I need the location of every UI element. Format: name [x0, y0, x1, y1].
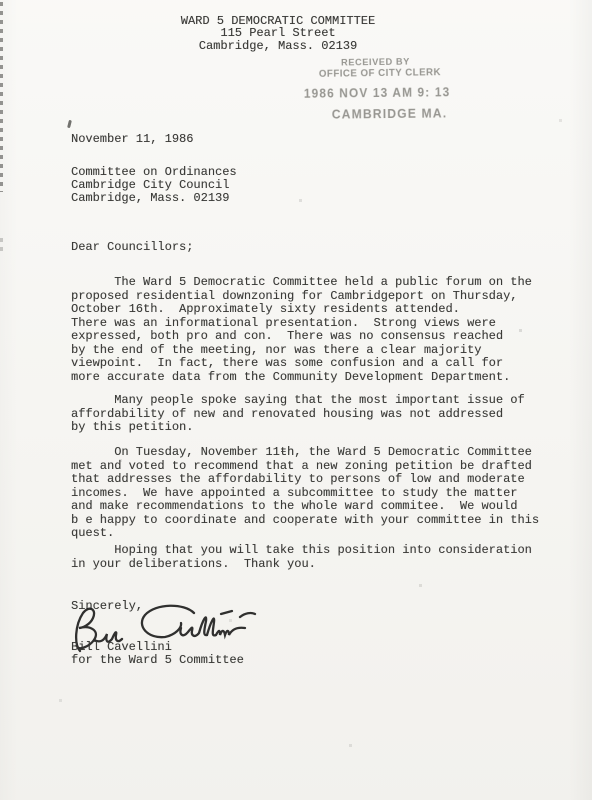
body-paragraph-3: On Tuesday, November 11ŧh, the Ward 5 De…: [71, 446, 539, 541]
letterhead: WARD 5 DEMOCRATIC COMMITTEE 115 Pearl St…: [148, 15, 408, 52]
received-stamp-line1: RECEIVED BY: [341, 57, 410, 69]
signer-title: for the Ward 5 Committee: [71, 654, 244, 667]
letterhead-city: Cambridge, Mass. 02139: [148, 40, 408, 52]
scanned-letter-page: WARD 5 DEMOCRATIC COMMITTEE 115 Pearl St…: [0, 0, 592, 800]
letterhead-street: 115 Pearl Street: [148, 27, 408, 39]
body-paragraph-2: Many people spoke saying that the most i…: [71, 394, 525, 435]
received-stamp-place: CAMBRIDGE MA.: [332, 106, 448, 121]
received-stamp-line2: OFFICE OF CITY CLERK: [319, 67, 441, 80]
date-line: November 11, 1986: [71, 133, 193, 146]
stray-ink-mark: [67, 120, 72, 128]
scan-artifact-strip: [0, 2, 3, 192]
body-paragraph-4: Hoping that you will take this position …: [71, 544, 532, 571]
body-paragraph-1: The Ward 5 Democratic Committee held a p…: [71, 276, 532, 384]
salutation: Dear Councillors;: [71, 241, 193, 254]
paper-speckles: [0, 0, 1, 1]
recipient-address: Committee on Ordinances Cambridge City C…: [71, 166, 237, 205]
received-stamp-datetime: 1986 NOV 13 AM 9: 13: [304, 85, 451, 101]
scan-artifact-strip: [0, 238, 3, 252]
